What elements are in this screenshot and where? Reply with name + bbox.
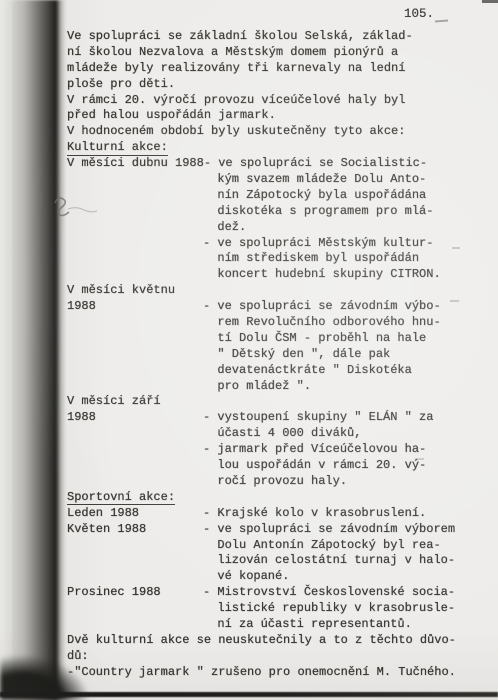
section-heading-row: Kulturní akce: [67,140,471,156]
text-line-content: V rámci 20. výročí provozu víceúčelové h… [67,93,405,107]
event-desc: diskotéka s programem pro mlá- [203,204,471,218]
event-row: 1988- vystoupení skupiny " ELÁN " za [67,410,471,426]
event-desc: devatenáctkráte " Diskotéka [203,363,471,377]
event-desc: ročí provozu haly. [203,474,471,488]
event-row: Leden 1988- Krajské kolo v krasobruslení… [67,506,471,522]
event-row: 1988- ve spolupráci se závodním výbo- [67,299,471,315]
event-row: ročí provozu haly. [67,474,471,490]
text-line: ploše pro děti. [67,77,471,93]
event-desc: - Krajské kolo v krasobruslení. [203,506,471,520]
event-date: V měsíci září [67,394,203,408]
event-desc: tí Dolu ČSM - proběhl na hale [203,331,471,345]
event-desc: Dolu Antonín Zápotocký byl rea- [203,538,471,552]
event-date: V měsíci dubnu 1988 [67,156,204,170]
event-desc: účasti 4 000 diváků, [203,426,471,440]
scan-top-right-mark [482,0,498,3]
event-row: V měsíci dubnu 1988- ve spolupráci se So… [67,156,471,172]
event-row: ním střediskem byl uspořádán [67,251,471,267]
event-row: V měsíci září [67,394,471,410]
text-line: dů: [67,649,471,665]
stray-mark [452,247,460,249]
event-desc: vé kopané. [203,569,471,583]
event-row: rem Revolučního odborového hnu- [67,315,471,331]
page-number: 105. [404,7,434,21]
event-row: listické republiky v krasobrusle- [67,601,471,617]
text-line-content: Ve spolupráci se základní školou Selská,… [67,29,413,43]
event-date: V měsíci květnu [67,283,203,297]
event-date: Prosinec 1988 [67,585,203,599]
event-desc: pro mládež ". [203,379,471,393]
event-row: koncert hudební skupiny CITRON. [67,267,471,283]
event-desc: lizován celostátní turnaj v halo- [203,553,471,567]
event-row: diskotéka s programem pro mlá- [67,204,471,220]
event-desc: - ve spolupráci se Socialistic- [204,156,471,170]
section-heading: Sportovní akce: [67,490,175,506]
event-row: vé kopané. [67,569,471,585]
stray-mark [450,300,459,302]
event-row: " Dětský den ", dále pak [67,347,471,363]
event-date: 1988 [67,410,203,424]
text-line: mládeže byly realizovány tři karnevaly n… [67,61,471,77]
event-row: lizován celostátní turnaj v halo- [67,553,471,569]
event-desc: " Dětský den ", dále pak [203,347,471,361]
stray-mark [415,458,424,460]
event-desc: - ve spolupráci se závodním výbo- [203,299,471,313]
event-row: V měsíci květnu [67,283,471,299]
text-line: ní školou Nezvalova a Městským domem pio… [67,45,471,61]
event-row: - jarmark před Víceúčelovou ha- [67,442,471,458]
event-desc: - jarmark před Víceúčelovou ha- [203,442,471,456]
event-row: ní za účasti representantů. [67,617,471,633]
text-line: před halou uspořádán jarmark. [67,108,471,124]
event-row: nín Zápotocký byla uspořádána [67,188,471,204]
text-line-content: dů: [67,649,89,663]
event-desc: - vystoupení skupiny " ELÁN " za [203,410,471,424]
event-date: Leden 1988 [67,506,203,520]
section-heading-row: Sportovní akce: [67,490,471,506]
event-row: účasti 4 000 diváků, [67,426,471,442]
text-line: Dvě kulturní akce se neuskutečnily a to … [67,633,471,649]
event-desc: kým svazem mládeže Dolu Anto- [203,172,471,186]
event-desc: ním střediskem byl uspořádán [203,251,471,265]
event-desc: lou uspořádán v rámci 20. vý- [203,458,471,472]
event-desc: - Mistrovství Československé socia- [203,585,471,599]
event-row: devatenáctkráte " Diskotéka [67,363,471,379]
section-heading: Kulturní akce: [67,140,168,156]
stray-mark [435,20,448,23]
scan-bottom-edge-line [0,692,498,697]
event-row: Prosinec 1988- Mistrovství Československ… [67,585,471,601]
text-line: V hodnoceném období byly uskutečněny tyt… [67,124,471,140]
event-date: 1988 [67,299,203,313]
document-lines: Ve spolupráci se základní školou Selská,… [67,29,471,681]
event-row: pro mládež ". [67,379,471,395]
event-desc: - ve spolupráci Městským kultur- [203,236,471,250]
event-row: - ve spolupráci Městským kultur- [67,236,471,252]
text-line-content: Dvě kulturní akce se neuskutečnily a to … [67,633,456,647]
text-line-content: ní školou Nezvalova a Městským domem pio… [67,45,398,59]
text-line-content: V hodnoceném období byly uskutečněny tyt… [67,124,405,138]
text-line: -"Country jarmark " zrušeno pro onemocně… [67,665,471,681]
event-desc: listické republiky v krasobrusle- [203,601,471,615]
text-line-content: -"Country jarmark " zrušeno pro onemocně… [67,665,456,679]
binding-shadow [2,0,66,700]
event-desc: dež. [203,220,471,234]
scanned-document-page: 105. Ve spolupráci se základní školou Se… [0,0,498,700]
text-line: Ve spolupráci se základní školou Selská,… [67,29,471,45]
event-row: dež. [67,220,471,236]
event-desc: rem Revolučního odborového hnu- [203,315,471,329]
event-row: Dolu Antonín Zápotocký byl rea- [67,538,471,554]
event-desc: koncert hudební skupiny CITRON. [203,267,471,281]
event-desc: - ve spolupráci se závodním výborem [203,522,471,536]
event-row: tí Dolu ČSM - proběhl na hale [67,331,471,347]
event-row: Květen 1988- ve spolupráci se závodním v… [67,522,471,538]
event-row: lou uspořádán v rámci 20. vý- [67,458,471,474]
text-line: V rámci 20. výročí provozu víceúčelové h… [67,93,471,109]
text-line-content: ploše pro děti. [67,77,175,91]
event-date: Květen 1988 [67,522,203,536]
event-desc: nín Zápotocký byla uspořádána [203,188,471,202]
event-desc: ní za účasti representantů. [203,617,471,631]
text-line-content: mládeže byly realizovány tři karnevaly n… [67,61,405,75]
event-row: kým svazem mládeže Dolu Anto- [67,172,471,188]
text-line-content: před halou uspořádán jarmark. [67,108,276,122]
